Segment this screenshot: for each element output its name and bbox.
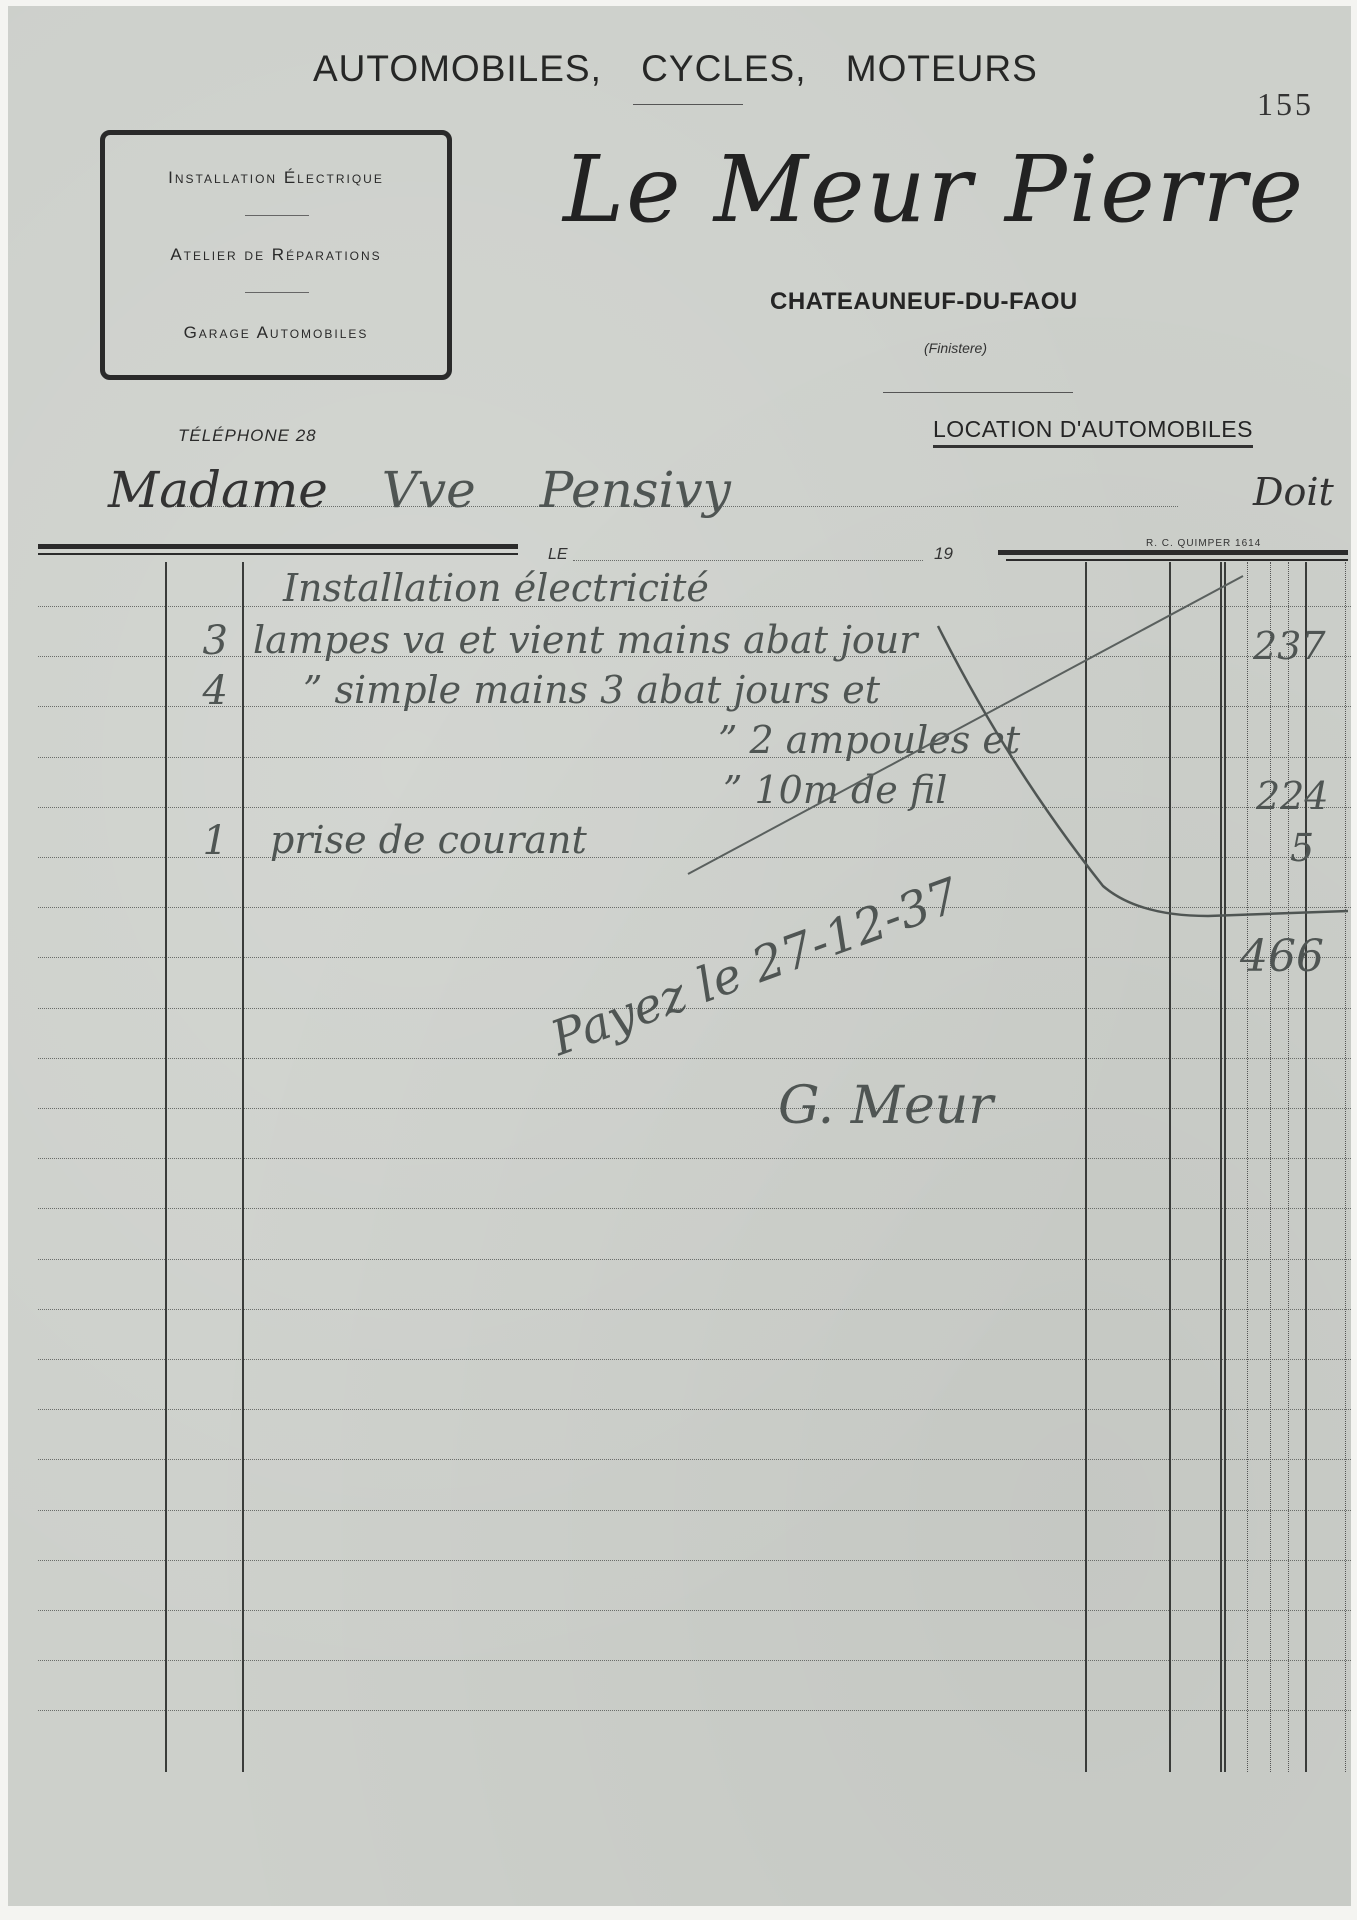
invoice-total: 466 [1240, 931, 1324, 982]
invoice-paper: AUTOMOBILES, CYCLES, MOTEURS 155 Install… [8, 6, 1351, 1906]
pencil-strikethrough [8, 6, 1351, 1906]
payment-signature: G. Meur [778, 1076, 993, 1136]
